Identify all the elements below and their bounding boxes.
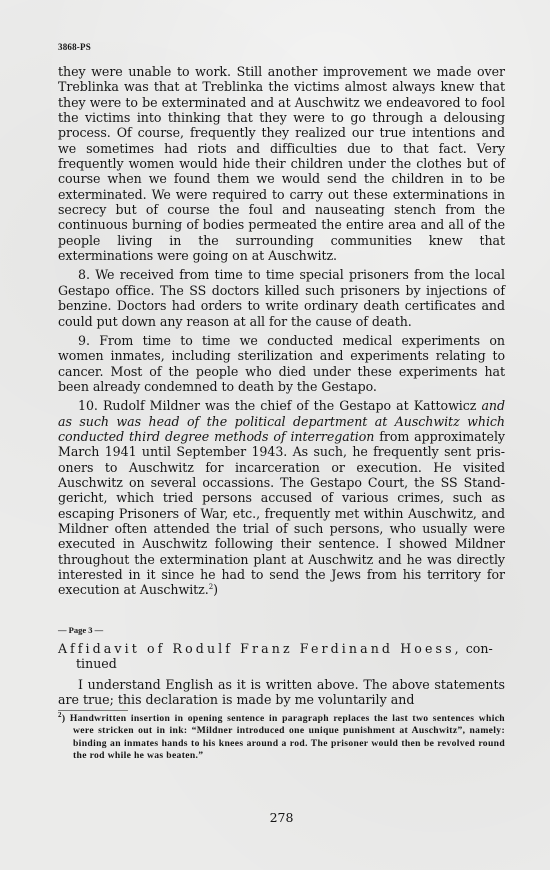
footnote-divider bbox=[58, 710, 128, 711]
page-number: 278 bbox=[58, 810, 505, 825]
paragraph: they were unable to work. Still another … bbox=[58, 64, 505, 263]
footnote-text: Handwritten insertion in opening sentenc… bbox=[70, 713, 505, 761]
text-segment: from approximately March 1941 until Sept… bbox=[58, 429, 505, 597]
footnote: 2) Handwritten insertion in opening sent… bbox=[58, 713, 505, 762]
section-title-continuation: tinued bbox=[58, 656, 505, 671]
body-text: they were unable to work. Still another … bbox=[58, 64, 505, 598]
section-title-hyphen: con- bbox=[462, 641, 493, 656]
section-title-main: Affidavit of Rodulf Franz Ferdinand Hoes… bbox=[58, 641, 462, 656]
page-marker: — Page 3 — bbox=[58, 625, 103, 635]
footnote-marker: 2 bbox=[58, 711, 62, 719]
text-segment: 10. Rudolf Mildner was the chief of the … bbox=[78, 398, 481, 413]
text-segment: 9. From time to time we conducted medica… bbox=[58, 333, 505, 394]
paragraph: 10. Rudolf Mildner was the chief of the … bbox=[58, 398, 505, 597]
section-title: Affidavit of Rodulf Franz Ferdinand Hoes… bbox=[58, 641, 505, 672]
paragraph: 9. From time to time we conducted medica… bbox=[58, 333, 505, 394]
text-segment: ) bbox=[213, 582, 218, 597]
text-segment: 8. We received from time to time special… bbox=[58, 267, 505, 328]
text-segment: they were unable to work. Still another … bbox=[58, 64, 505, 263]
closing-paragraph: I understand English as it is written ab… bbox=[58, 677, 505, 708]
document-id: 3868-PS bbox=[58, 42, 91, 52]
paragraph: 8. We received from time to time special… bbox=[58, 267, 505, 328]
